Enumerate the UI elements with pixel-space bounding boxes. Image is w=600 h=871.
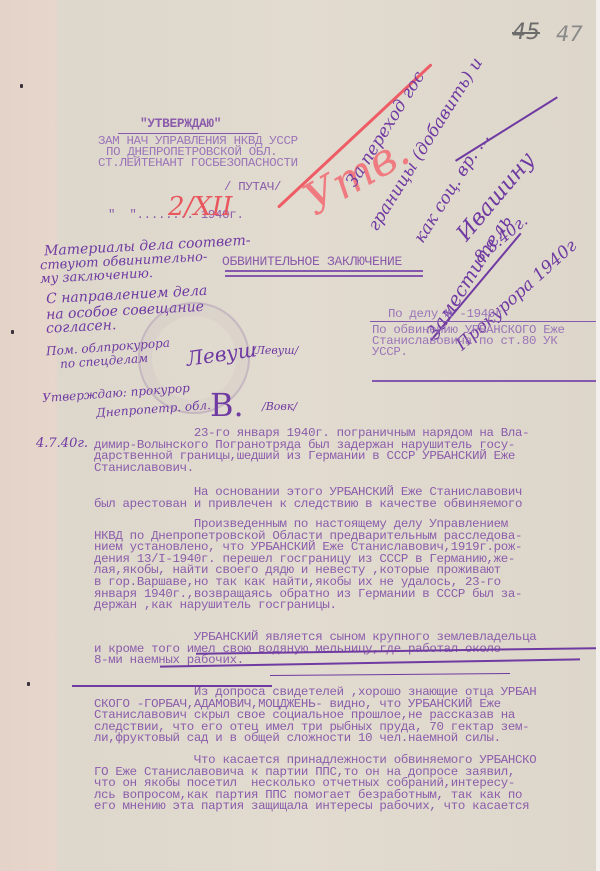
right-note-underline <box>455 96 558 161</box>
resolution-signature-1-name: /Левуш/ <box>252 344 298 357</box>
approval-line-3: СТ.ЛЕЙТЕНАНТ ГОСБЕЗОПАСНОСТИ <box>98 157 298 170</box>
document-page: 45 47 "УТВЕРЖДАЮ" ЗАМ НАЧ УПРАВЛЕНИЯ НКВ… <box>0 0 600 871</box>
title-underline-1 <box>225 270 423 272</box>
case-top-rule <box>370 321 596 322</box>
document-title: ОБВИНИТЕЛЬНОЕ ЗАКЛЮЧЕНИЕ <box>222 256 402 269</box>
body-paragraph-6-line: его мнению эта партия защищала интересы … <box>94 800 529 813</box>
resolution-line-6: согласен. <box>46 317 117 337</box>
body-paragraph-5-line: ли,фруктовый сад и в общей сложности 10 … <box>94 732 501 745</box>
sheet-number: 47 <box>556 22 583 46</box>
body-paragraph-1-line: Станиславович. <box>94 462 194 475</box>
approval-heading: "УТВЕРЖДАЮ" <box>140 118 221 131</box>
ink-speck <box>11 330 14 334</box>
ink-speck <box>27 682 30 686</box>
title-underline-2 <box>225 275 423 277</box>
handwritten-underline-3 <box>72 685 272 687</box>
margin-date: 4.7.40г. <box>36 436 88 451</box>
approval-handwritten-date: 2/XII <box>168 192 232 222</box>
handwritten-underline-4 <box>270 673 510 676</box>
sheet-number-crossed: 45 <box>512 20 540 45</box>
resolution-signature-2: В. <box>210 386 244 424</box>
approval-signature-name: / ПУТАЧ/ <box>224 181 281 194</box>
resolution-line-10: Днепропетр. обл. <box>96 398 212 420</box>
case-bottom-rule <box>372 380 596 382</box>
body-paragraph-2-line: был арестован и привлечен к следствию в … <box>94 498 522 511</box>
body-paragraph-3-line: держан ,как нарушитель госграницы. <box>94 599 337 612</box>
charge-line-3: УССР. <box>372 346 408 359</box>
ink-speck <box>20 84 23 88</box>
case-number-line: По делу № -1940г <box>388 308 502 321</box>
resolution-signature-2-name: /Вовк/ <box>262 400 297 413</box>
